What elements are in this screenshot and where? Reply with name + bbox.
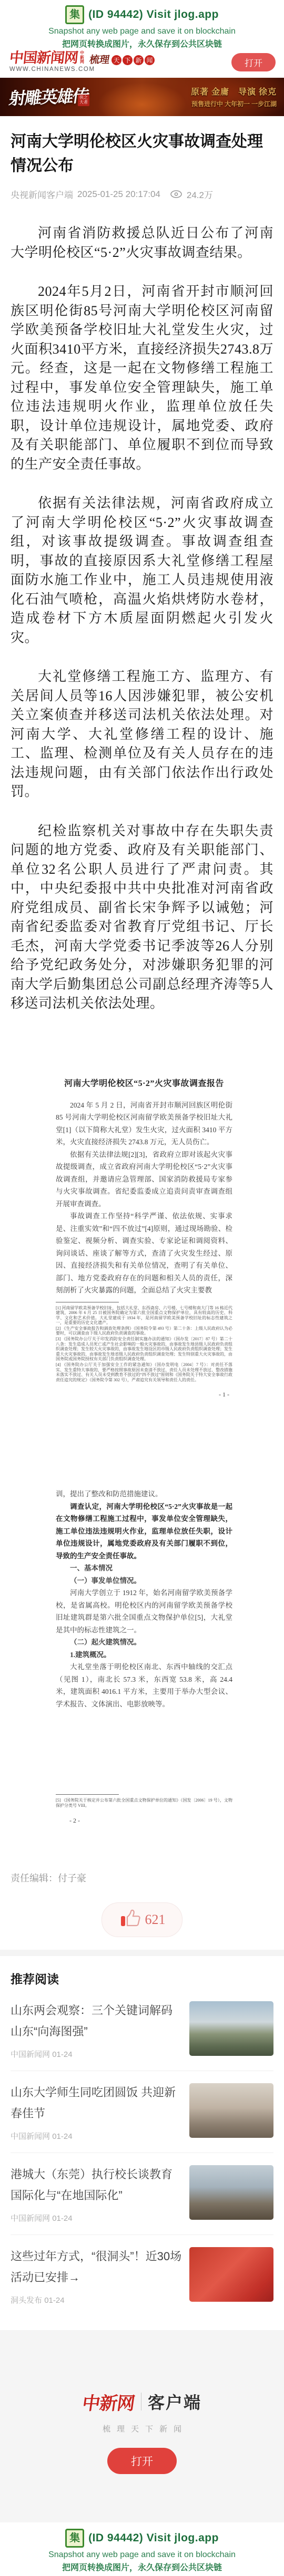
article-meta: 央视新闻客户端 2025-01-25 20:17:04 24.2万 xyxy=(11,188,273,201)
report-paragraph: 河南大学创立于 1912 年，始名河南留学欧美预备学校，是省属高校。明伦校区内的… xyxy=(56,1587,232,1636)
recommend-title: 港城大（东莞）执行校长谈教育国际化与“在地国际化” xyxy=(11,2164,182,2206)
movie-ad-banner[interactable]: 射雕英雄传 侠之大者 原著 金庸 导演 徐克 预售进行中 大年初一 一步江湖 xyxy=(0,78,284,116)
report-paragraph: 依据有关法律法规[2][3]，省政府立即对该起火灾事故提级调查，成立省政府河南大… xyxy=(56,1149,232,1211)
site-header: 中国新闻网 中 新 网 梳理 天 下 新 闻 WWW.CHINANEWS.COM… xyxy=(0,47,284,78)
tagline-circle: 天 xyxy=(111,55,121,65)
recommend-heading: 推荐阅读 xyxy=(11,1956,273,1989)
recommend-title: 山东大学师生同吃团圆饭 共迎新春佳节 xyxy=(11,2082,182,2124)
thumbnail-image xyxy=(189,2247,273,2302)
jlog-tagline-en: Snapshot any web page and save it on blo… xyxy=(0,27,284,36)
app-logo-client: 客户端 xyxy=(148,2389,201,2414)
recommend-title: 山东两会观察：三个关键词解码山东“向海图强” xyxy=(11,2000,182,2042)
page-title: 河南大学明伦校区火灾事故调查处理情况公布 xyxy=(11,130,273,178)
report-footnotes: [1] 河南留学欧美预备学校旧址，包括大礼堂、东西斋房、六号楼、七号楼和南大门等… xyxy=(56,1306,232,1383)
tagline-circle: 下 xyxy=(123,55,133,65)
article-paragraph: 河南省消防救援总队近日公布了河南大学明伦校区“5·2”火灾事故调查结果。 xyxy=(11,224,273,262)
recommend-section: 推荐阅读 山东两会观察：三个关键词解码山东“向海图强” 中国新闻网 01-24 … xyxy=(0,1956,284,2316)
tagline-circle: 新 xyxy=(134,55,144,65)
article-paragraph: 大礼堂修缮工程施工方、监理方、有关居间人员等16人因涉嫌犯罪，被公安机关立案侦查… xyxy=(11,667,273,802)
report-paragraph: 训，提出了整改和防范措施建议。 xyxy=(56,1488,232,1501)
app-tagline: 梳理天下新闻 xyxy=(0,2423,284,2434)
report-page-number: - 1 - xyxy=(56,1391,232,1399)
jlog-promo-banner-bottom[interactable]: 集 (ID 94442) Visit jlog.app Snapshot any… xyxy=(0,2522,284,2576)
article: 河南大学明伦校区火灾事故调查处理情况公布 央视新闻客户端 2025-01-25 … xyxy=(0,130,284,1825)
report-finding: 调查认定，河南大学明伦校区“5·2”火灾事故是一起在文物修缮工程施工过程中，事发… xyxy=(56,1501,232,1563)
logo-side-text: 中 新 网 xyxy=(80,51,84,64)
tagline-slogan: 梳理 天 下 新 闻 xyxy=(89,55,155,65)
recommend-source: 中国新闻网 01-24 xyxy=(11,2212,182,2223)
views-eye-icon xyxy=(170,190,182,199)
open-app-button-header[interactable]: 打开 xyxy=(231,53,276,71)
recommend-source: 中国新闻网 01-24 xyxy=(11,2130,182,2142)
tagline-circle: 闻 xyxy=(145,55,155,65)
report-title: 河南大学明伦校区“5·2”火灾事故调查报告 xyxy=(56,1077,232,1089)
page: 集 (ID 94442) Visit jlog.app Snapshot any… xyxy=(0,0,284,2576)
app-logo-script: 中新网 xyxy=(81,2389,137,2415)
report-footnotes: [5] 《国务院关于核定并公布第六批全国重点文物保护单位的通知》（国发〔2006… xyxy=(56,1798,232,1808)
article-paragraph: 依据有关法律法规，河南省政府成立了河南大学明伦校区“5·2”火灾事故调查组，对该… xyxy=(11,494,273,647)
logo-calligraphy: 中国新闻网 xyxy=(9,51,79,65)
jlog-id-text: (ID 94442) Visit jlog.app xyxy=(88,8,219,21)
thumbnail-image xyxy=(189,2001,273,2056)
report-page-2: 训，提出了整改和防范措施建议。 调查认定，河南大学明伦校区“5·2”火灾事故是一… xyxy=(11,1488,273,1824)
thumbnail-image xyxy=(189,2165,273,2220)
jlog-ji-icon: 集 xyxy=(65,5,84,24)
report-subsection-heading: 1.建筑概况。 xyxy=(56,1649,232,1661)
report-document-image[interactable]: 河南大学明伦校区“5·2”火灾事故调查报告 2024 年 5 月 2 日，河南省… xyxy=(11,1077,273,1825)
footnote-separator xyxy=(56,1302,119,1302)
report-paragraph: 大礼堂坐落于明伦校区南北、东西中轴线的交汇点（见图 1），南北长 57.3 米，… xyxy=(56,1661,232,1710)
recommend-title: 这些过年方式，“很洞头”！近30场活动已安排→ xyxy=(11,2246,182,2288)
report-subsection-heading: （二）起火建筑情况。 xyxy=(56,1636,232,1649)
recommend-item[interactable]: 山东大学师生同吃团圆饭 共迎新春佳节 中国新闻网 01-24 xyxy=(11,2071,273,2153)
jlog-tagline-en: Snapshot any web page and save it on blo… xyxy=(0,2550,284,2560)
report-page-number: - 2 - xyxy=(56,1817,232,1825)
recommend-source: 洞头发布 01-24 xyxy=(11,2294,182,2305)
app-logo: 中新网 客户端 xyxy=(0,2389,284,2415)
article-paragraph: 纪检监察机关对事故中存在失职失责问题的地方党委、政府及有关职能部门、单位32名公… xyxy=(11,822,273,1013)
thumbnail-image xyxy=(189,2083,273,2138)
article-body: 河南省消防救援总队近日公布了河南大学明伦校区“5·2”火灾事故调查结果。 202… xyxy=(11,224,273,1013)
like-button[interactable]: 621 xyxy=(102,1902,182,1937)
report-page-1: 河南大学明伦校区“5·2”火灾事故调查报告 2024 年 5 月 2 日，河南省… xyxy=(11,1077,273,1399)
jlog-ji-icon: 集 xyxy=(65,2529,84,2548)
view-count: 24.2万 xyxy=(187,188,213,201)
editor-line: 责任编辑：付子豪 xyxy=(0,1871,284,1885)
footnote-separator xyxy=(56,1794,119,1795)
chinanews-logo[interactable]: 中国新闻网 中 新 网 梳理 天 下 新 闻 WWW.CHINANEWS.COM xyxy=(9,51,155,73)
recommend-item[interactable]: 港城大（东莞）执行校长谈教育国际化与“在地国际化” 中国新闻网 01-24 xyxy=(11,2153,273,2235)
jlog-id-text: (ID 94442) Visit jlog.app xyxy=(88,2532,219,2544)
article-source: 央视新闻客户端 xyxy=(11,188,73,201)
report-subsection-heading: （一）事发单位情况。 xyxy=(56,1575,232,1587)
logo-url: WWW.CHINANEWS.COM xyxy=(9,67,155,73)
report-paragraph: 事故调查工作坚持“科学严谨、依法依规、实事求是、注重实效”和“四不放过”[4]原… xyxy=(56,1210,232,1297)
jlog-tagline-zh: 把网页转换成图片，永久保存到公共区块链 xyxy=(0,2561,284,2573)
movie-credits: 原著 金庸 导演 徐克 预售进行中 大年初一 一步江湖 xyxy=(191,85,277,108)
report-paragraph: 2024 年 5 月 2 日，河南省开封市顺河回族区明伦街 85 号河南大学明伦… xyxy=(56,1099,232,1149)
movie-seal-stamp: 侠之大者 xyxy=(78,95,89,106)
recommend-item[interactable]: 山东两会观察：三个关键词解码山东“向海图强” 中国新闻网 01-24 xyxy=(11,1989,273,2071)
logo-divider xyxy=(141,2393,141,2411)
recommend-item[interactable]: 这些过年方式，“很洞头”！近30场活动已安排→ 洞头发布 01-24 xyxy=(11,2235,273,2316)
open-app-button-footer[interactable]: 打开 xyxy=(107,2448,177,2474)
thumbs-up-icon xyxy=(119,1909,141,1930)
report-section-heading: 一、基本情况 xyxy=(56,1562,232,1575)
app-download-section: 中新网 客户端 梳理天下新闻 打开 xyxy=(0,2330,284,2522)
article-datetime: 2025-01-25 20:17:04 xyxy=(77,189,160,200)
recommend-source: 中国新闻网 01-24 xyxy=(11,2049,182,2060)
article-paragraph: 2024年5月2日，河南省开封市顺河回族区明伦街85号河南大学明伦校区河南留学欧… xyxy=(11,282,273,474)
like-count: 621 xyxy=(145,1912,166,1928)
section-divider xyxy=(0,1950,284,1956)
jlog-promo-banner-top[interactable]: 集 (ID 94442) Visit jlog.app Snapshot any… xyxy=(0,0,284,47)
